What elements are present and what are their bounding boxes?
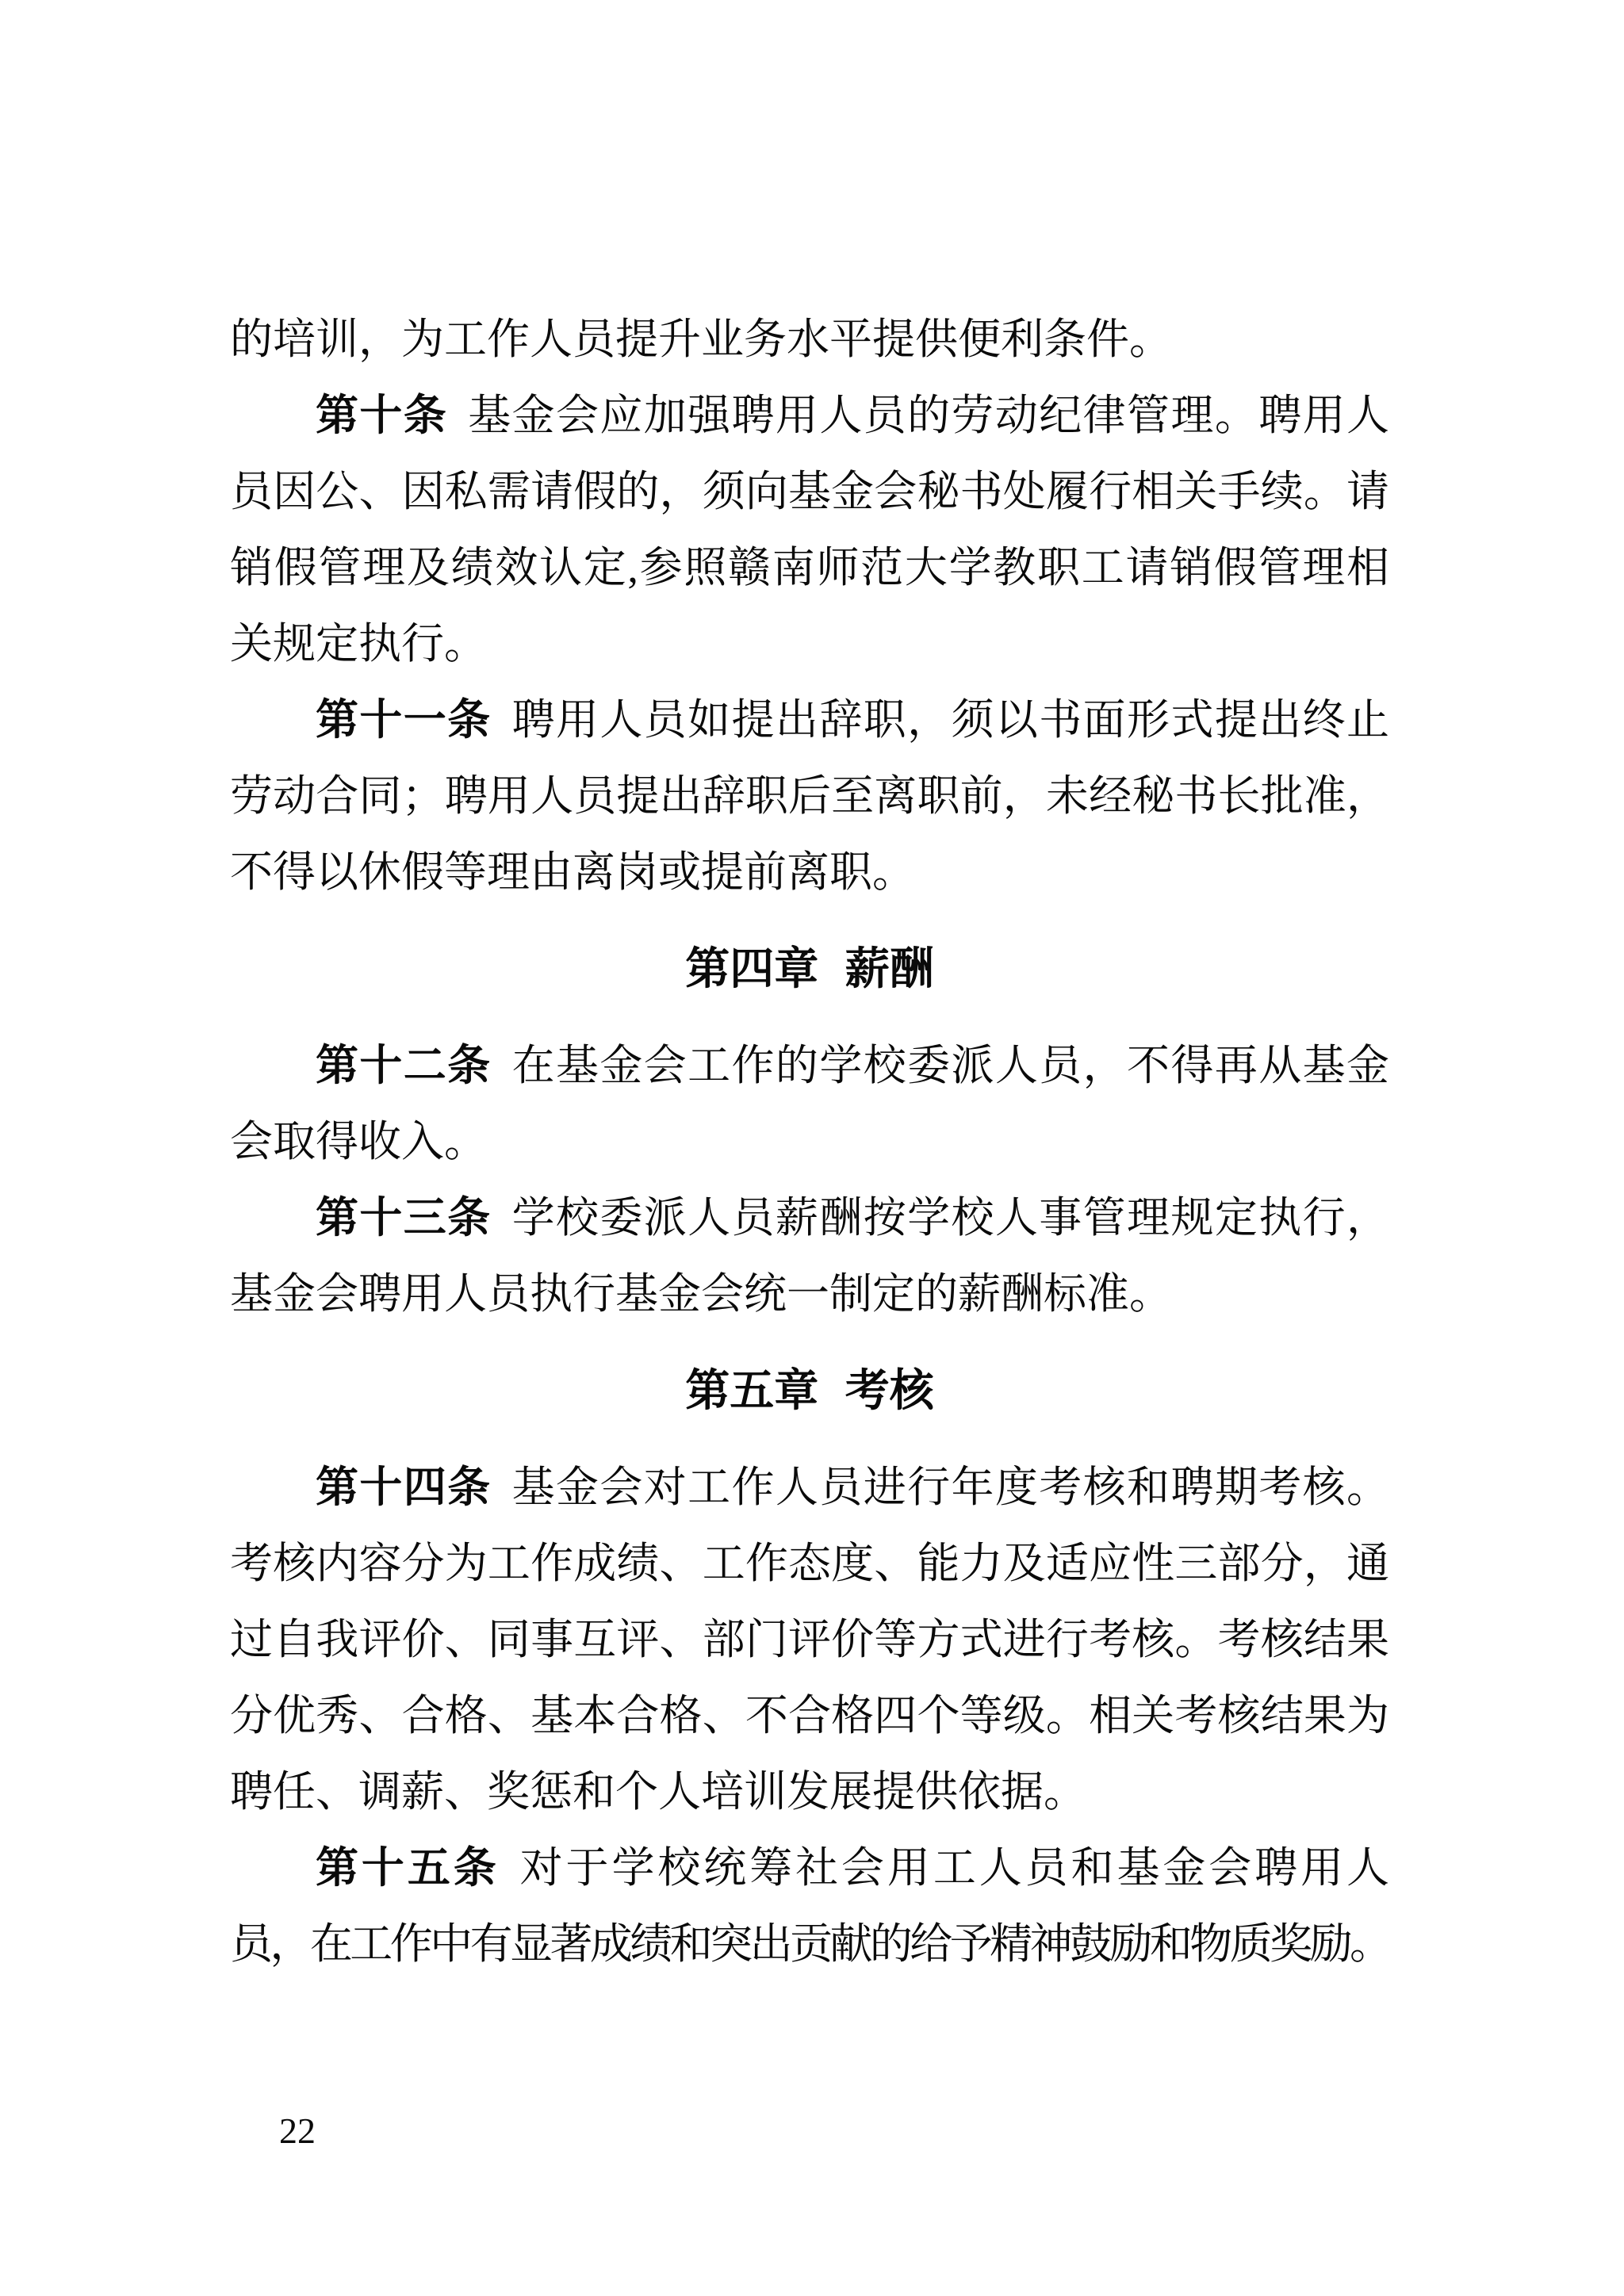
article-13-number: 第十三条 [316,1194,492,1242]
chapter-4-heading: 第四章 薪酬 [230,931,1389,1007]
document-page: 的培训，为工作人员提升业务水平提供便利条件。 第十条基金会应加强聘用人员的劳动纪… [0,0,1624,2296]
article-15-text-line2: 员，在工作中有显著成绩和突出贡献的给予精神鼓励和物质奖励。 [230,1920,1389,1968]
chapter-5-heading: 第五章 考核 [230,1353,1389,1429]
article-10-paragraph: 第十条基金会应加强聘用人员的劳动纪律管理。聘用人员因公、因私需请假的，须向基金会… [230,377,1389,682]
article-14-text: 基金会对工作人员进行年度考核和聘期考核。考核内容分为工作成绩、工作态度、能力及适… [230,1464,1389,1816]
article-12-number: 第十二条 [316,1042,492,1089]
article-10-number: 第十条 [316,392,447,439]
article-14-paragraph: 第十四条基金会对工作人员进行年度考核和聘期考核。考核内容分为工作成绩、工作态度、… [230,1449,1389,1830]
article-15-number: 第十五条 [316,1844,500,1892]
article-14-number: 第十四条 [316,1464,492,1511]
continuation-paragraph: 的培训，为工作人员提升业务水平提供便利条件。 [230,301,1389,377]
article-15-paragraph: 第十五条对于学校统筹社会用工人员和基金会聘用人员，在工作中有显著成绩和突出贡献的… [230,1830,1389,1982]
article-11-number: 第十一条 [316,696,492,744]
page-number: 22 [279,2110,316,2152]
article-15-text-line1: 对于学校统筹社会用工人员和基金会聘用人 [520,1844,1389,1892]
article-11-paragraph: 第十一条聘用人员如提出辞职，须以书面形式提出终止劳动合同；聘用人员提出辞职后至离… [230,682,1389,910]
document-body: 的培训，为工作人员提升业务水平提供便利条件。 第十条基金会应加强聘用人员的劳动纪… [230,301,1389,1982]
article-12-paragraph: 第十二条在基金会工作的学校委派人员，不得再从基金会取得收入。 [230,1027,1389,1180]
article-13-paragraph: 第十三条学校委派人员薪酬按学校人事管理规定执行，基金会聘用人员执行基金会统一制定… [230,1180,1389,1332]
